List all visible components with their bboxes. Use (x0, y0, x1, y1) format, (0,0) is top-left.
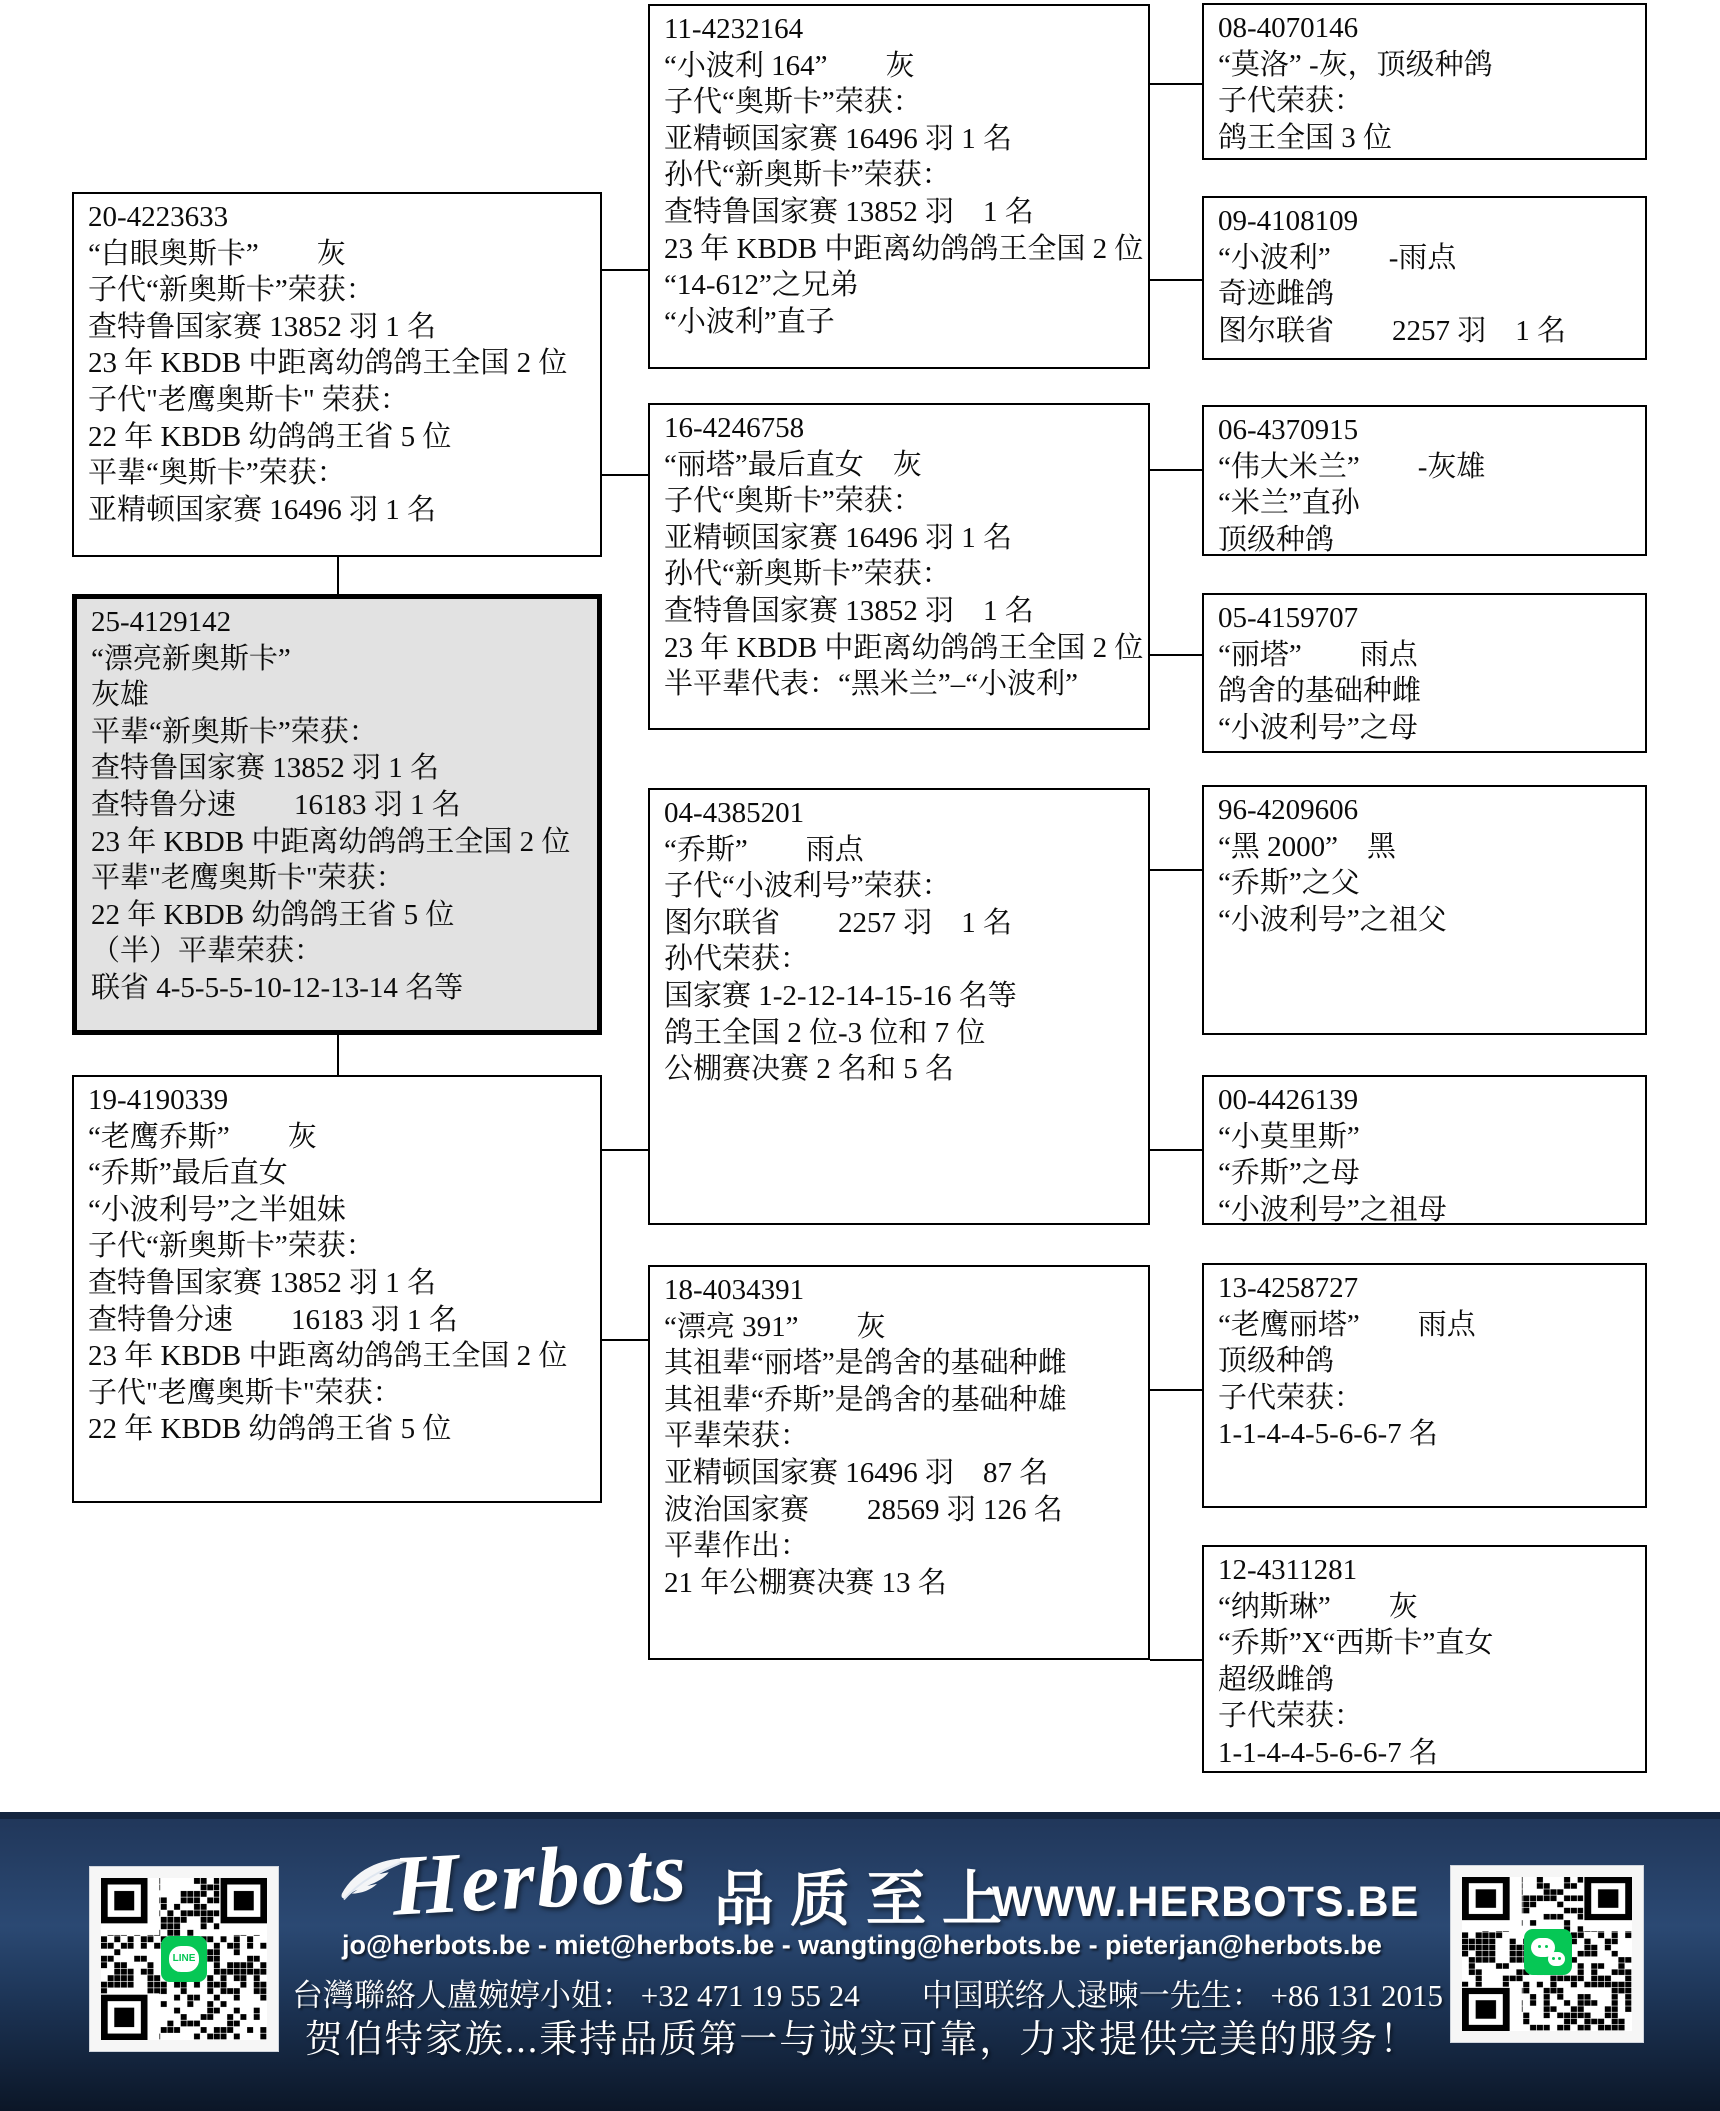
text-line: “小波利号”之半姐妹 (88, 1192, 596, 1229)
text-line: 国家赛 1-2-12-14-15-16 名等 (664, 978, 1144, 1015)
text-line: “漂亮新奥斯卡” (91, 641, 593, 678)
text-line: 查特鲁国家赛 13852 羽 1 名 (664, 593, 1144, 630)
text-line: 23 年 KBDB 中距离幼鸽鸽王全国 2 位 (664, 630, 1144, 667)
connector-19-to-18 (602, 1339, 648, 1341)
text-line: “丽塔”最后直女 灰 (664, 447, 1144, 484)
text-line: 11-4232164 (664, 11, 1144, 48)
text-line: 孙代荣获： (664, 941, 1144, 978)
text-line: “乔斯”之母 (1218, 1155, 1641, 1192)
text-line: “小波利 164” 灰 (664, 48, 1144, 85)
text-line: 图尔联省 2257 羽 1 名 (664, 905, 1144, 942)
text-line: 查特鲁分速 16183 羽 1 名 (91, 787, 593, 824)
text-line: 半平辈代表：“黑米兰”–“小波利” (664, 666, 1144, 703)
connector-19-to-04 (602, 1149, 648, 1151)
text-line: 查特鲁国家赛 13852 羽 1 名 (91, 750, 593, 787)
text-line: 子代“小波利号”荣获： (664, 868, 1144, 905)
text-line: 18-4034391 (664, 1272, 1144, 1309)
brand-logo-text: Herbots (390, 1820, 691, 1935)
text-line: 1-1-4-4-5-6-6-7 名 (1218, 1416, 1641, 1453)
pedigree-box-00-4426139: 00-4426139“小莫里斯”“乔斯”之母“小波利号”之祖母 (1202, 1075, 1647, 1225)
qr-code-line: LINE (89, 1866, 279, 2052)
text-line: 04-4385201 (664, 795, 1144, 832)
text-line: 06-4370915 (1218, 412, 1641, 449)
text-line: 23 年 KBDB 中距离幼鸽鸽王全国 2 位 (664, 231, 1144, 268)
text-line: “纳斯琳” 灰 (1218, 1589, 1641, 1626)
text-line: 子代“奥斯卡”荣获： (664, 84, 1144, 121)
brand-slogan: 品质至上 (714, 1852, 1018, 1938)
connector-subject-to-dam (337, 1035, 339, 1075)
text-line: 图尔联省 2257 羽 1 名 (1218, 313, 1641, 350)
text-line: “小波利号”之祖父 (1218, 902, 1641, 939)
text-line: “乔斯”之父 (1218, 865, 1641, 902)
text-line: “漂亮 391” 灰 (664, 1309, 1144, 1346)
text-line: 灰雄 (91, 677, 593, 714)
connector-18-to-12 (1150, 1659, 1202, 1661)
connector-16-to-06 (1150, 469, 1202, 471)
text-line: 平辈作出： (664, 1528, 1144, 1565)
text-line: 1-1-4-4-5-6-6-7 名 (1218, 1735, 1641, 1772)
text-line: 鸽王全国 2 位-3 位和 7 位 (664, 1015, 1144, 1052)
text-line: 16-4246758 (664, 410, 1144, 447)
text-line: “14-612”之兄弟 (664, 267, 1144, 304)
text-line: 子代“奥斯卡”荣获： (664, 483, 1144, 520)
pedigree-box-18-4034391: 18-4034391“漂亮 391” 灰其祖辈“丽塔”是鸽舍的基础种雌其祖辈“乔… (648, 1265, 1150, 1660)
text-line: “丽塔” 雨点 (1218, 637, 1641, 674)
text-line: 查特鲁国家赛 13852 羽 1 名 (664, 194, 1144, 231)
text-line: 平辈“新奥斯卡”荣获： (91, 714, 593, 751)
text-line: 平辈荣获： (664, 1418, 1144, 1455)
text-line: 子代"老鹰奥斯卡"荣获： (88, 1375, 596, 1412)
connector-18-to-13 (1150, 1389, 1202, 1391)
connector-sire-to-subject (337, 557, 339, 594)
text-line: “小波利”直子 (664, 304, 1144, 341)
text-line: 25-4129142 (91, 604, 593, 641)
text-line: 查特鲁国家赛 13852 羽 1 名 (88, 309, 596, 346)
pedigree-box-05-4159707: 05-4159707“丽塔” 雨点鸽舍的基础种雌“小波利号”之母 (1202, 593, 1647, 753)
text-line: 子代“新奥斯卡”荣获： (88, 272, 596, 309)
text-line: 22 年 KBDB 幼鸽鸽王省 5 位 (91, 897, 593, 934)
text-line: 子代“新奥斯卡”荣获： (88, 1228, 596, 1265)
text-line: 09-4108109 (1218, 203, 1641, 240)
text-line: 子代荣获： (1218, 83, 1641, 120)
text-line: “白眼奥斯卡” 灰 (88, 236, 596, 273)
text-line: “小波利号”之祖母 (1218, 1192, 1641, 1229)
wechat-bubbles-icon (1531, 1938, 1565, 1966)
text-line: 孙代“新奥斯卡”荣获： (664, 556, 1144, 593)
text-line: “黑 2000” 黑 (1218, 829, 1641, 866)
footer-banner: LINE Herbots 品质至上 WWW.HERBOTS.BE jo@herb… (0, 1812, 1720, 2111)
pedigree-box-19-4190339: 19-4190339“老鹰乔斯” 灰“乔斯”最后直女“小波利号”之半姐妹子代“新… (72, 1075, 602, 1503)
text-line: “伟大米兰” -灰雄 (1218, 449, 1641, 486)
text-line: 奇迹雌鸽 (1218, 276, 1641, 313)
text-line: 13-4258727 (1218, 1270, 1641, 1307)
text-line: 21 年公棚赛决赛 13 名 (664, 1565, 1144, 1602)
text-line: 超级雌鸽 (1218, 1662, 1641, 1699)
text-line: “小莫里斯” (1218, 1119, 1641, 1156)
text-line: “乔斯”X“西斯卡”直女 (1218, 1625, 1641, 1662)
text-line: 其祖辈“乔斯”是鸽舍的基础种雄 (664, 1382, 1144, 1419)
footer-brand-row: Herbots 品质至上 WWW.HERBOTS.BE (292, 1812, 1432, 1942)
text-line: （半）平辈荣获： (91, 933, 593, 970)
pedigree-box-13-4258727: 13-4258727“老鹰丽塔” 雨点顶级种鸽子代荣获：1-1-4-4-5-6-… (1202, 1263, 1647, 1508)
text-line: 23 年 KBDB 中距离幼鸽鸽王全国 2 位 (88, 345, 596, 382)
text-line: 平辈“奥斯卡”荣获： (88, 455, 596, 492)
text-line: 亚精顿国家赛 16496 羽 1 名 (664, 520, 1144, 557)
text-line: 23 年 KBDB 中距离幼鸽鸽王全国 2 位 (91, 824, 593, 861)
text-line: 孙代“新奥斯卡”荣获： (664, 157, 1144, 194)
connector-11-to-09 (1150, 279, 1202, 281)
text-line: “米兰”直孙 (1218, 485, 1641, 522)
footer-tagline: 贺伯特家族...秉持品质第一与诚实可靠，力求提供完美的服务！ (292, 2008, 1432, 2063)
text-line: 查特鲁分速 16183 羽 1 名 (88, 1302, 596, 1339)
line-bubble-icon: LINE (169, 1946, 199, 1972)
text-line: 23 年 KBDB 中距离幼鸽鸽王全国 2 位 (88, 1338, 596, 1375)
text-line: 96-4209606 (1218, 792, 1641, 829)
text-line: 鸽王全国 3 位 (1218, 120, 1641, 157)
website-url: WWW.HERBOTS.BE (992, 1878, 1419, 1927)
text-line: “老鹰乔斯” 灰 (88, 1119, 596, 1156)
pedigree-box-09-4108109: 09-4108109“小波利” -雨点奇迹雌鸽图尔联省 2257 羽 1 名 (1202, 196, 1647, 360)
text-line: 鸽舍的基础种雌 (1218, 673, 1641, 710)
pedigree-box-11-4232164: 11-4232164“小波利 164” 灰子代“奥斯卡”荣获：亚精顿国家赛 16… (648, 4, 1150, 369)
text-line: 亚精顿国家赛 16496 羽 87 名 (664, 1455, 1144, 1492)
pedigree-box-96-4209606: 96-4209606“黑 2000” 黑“乔斯”之父“小波利号”之祖父 (1202, 785, 1647, 1035)
text-line: 联省 4-5-5-5-10-12-13-14 名等 (91, 970, 593, 1007)
connector-11-to-08 (1150, 83, 1202, 85)
text-line: 其祖辈“丽塔”是鸽舍的基础种雌 (664, 1345, 1144, 1382)
connector-20-to-16 (602, 474, 648, 476)
qr-code-wechat (1450, 1865, 1644, 2043)
text-line: 22 年 KBDB 幼鸽鸽王省 5 位 (88, 1411, 596, 1448)
pedigree-box-04-4385201: 04-4385201“乔斯” 雨点子代“小波利号”荣获：图尔联省 2257 羽 … (648, 788, 1150, 1225)
connector-16-to-05 (1150, 654, 1202, 656)
text-line: “乔斯”最后直女 (88, 1155, 596, 1192)
pedigree-page: 20-4223633“白眼奥斯卡” 灰子代“新奥斯卡”荣获：查特鲁国家赛 138… (0, 0, 1720, 2111)
text-line: 子代荣获： (1218, 1698, 1641, 1735)
text-line: 平辈"老鹰奥斯卡"荣获： (91, 860, 593, 897)
text-line: 19-4190339 (88, 1082, 596, 1119)
text-line: 亚精顿国家赛 16496 羽 1 名 (664, 121, 1144, 158)
contact-emails: jo@herbots.be - miet@herbots.be - wangti… (292, 1930, 1432, 1961)
text-line: 亚精顿国家赛 16496 羽 1 名 (88, 492, 596, 529)
text-line: 22 年 KBDB 幼鸽鸽王省 5 位 (88, 419, 596, 456)
text-line: 顶级种鸽 (1218, 1343, 1641, 1380)
text-line: “莫洛” -灰，顶级种鸽 (1218, 47, 1641, 84)
text-line: 00-4426139 (1218, 1082, 1641, 1119)
text-line: 波治国家赛 28569 羽 126 名 (664, 1492, 1144, 1529)
pedigree-box-08-4070146: 08-4070146“莫洛” -灰，顶级种鸽子代荣获：鸽王全国 3 位 (1202, 3, 1647, 160)
pedigree-box-20-4223633: 20-4223633“白眼奥斯卡” 灰子代“新奥斯卡”荣获：查特鲁国家赛 138… (72, 192, 602, 557)
text-line: 公棚赛决赛 2 名和 5 名 (664, 1051, 1144, 1088)
text-line: “乔斯” 雨点 (664, 832, 1144, 869)
text-line: “老鹰丽塔” 雨点 (1218, 1307, 1641, 1344)
text-line: 子代荣获： (1218, 1380, 1641, 1417)
text-line: 子代"老鹰奥斯卡" 荣获： (88, 382, 596, 419)
line-app-icon: LINE (161, 1936, 207, 1982)
text-line: “小波利号”之母 (1218, 710, 1641, 747)
pedigree-box-25-4129142-subject: 25-4129142“漂亮新奥斯卡”灰雄平辈“新奥斯卡”荣获：查特鲁国家赛 13… (72, 594, 602, 1035)
text-line: 12-4311281 (1218, 1552, 1641, 1589)
text-line: 05-4159707 (1218, 600, 1641, 637)
wechat-icon (1524, 1929, 1572, 1975)
text-line: “小波利” -雨点 (1218, 240, 1641, 277)
connector-20-to-11 (602, 269, 648, 271)
connector-04-to-96 (1150, 869, 1202, 871)
text-line: 查特鲁国家赛 13852 羽 1 名 (88, 1265, 596, 1302)
text-line: 08-4070146 (1218, 10, 1641, 47)
pedigree-box-12-4311281: 12-4311281“纳斯琳” 灰“乔斯”X“西斯卡”直女超级雌鸽子代荣获：1-… (1202, 1545, 1647, 1773)
pedigree-box-06-4370915: 06-4370915“伟大米兰” -灰雄“米兰”直孙顶级种鸽 (1202, 405, 1647, 556)
text-line: 20-4223633 (88, 199, 596, 236)
text-line: 顶级种鸽 (1218, 522, 1641, 559)
pedigree-box-16-4246758: 16-4246758“丽塔”最后直女 灰子代“奥斯卡”荣获：亚精顿国家赛 164… (648, 403, 1150, 730)
connector-04-to-00 (1150, 1149, 1202, 1151)
